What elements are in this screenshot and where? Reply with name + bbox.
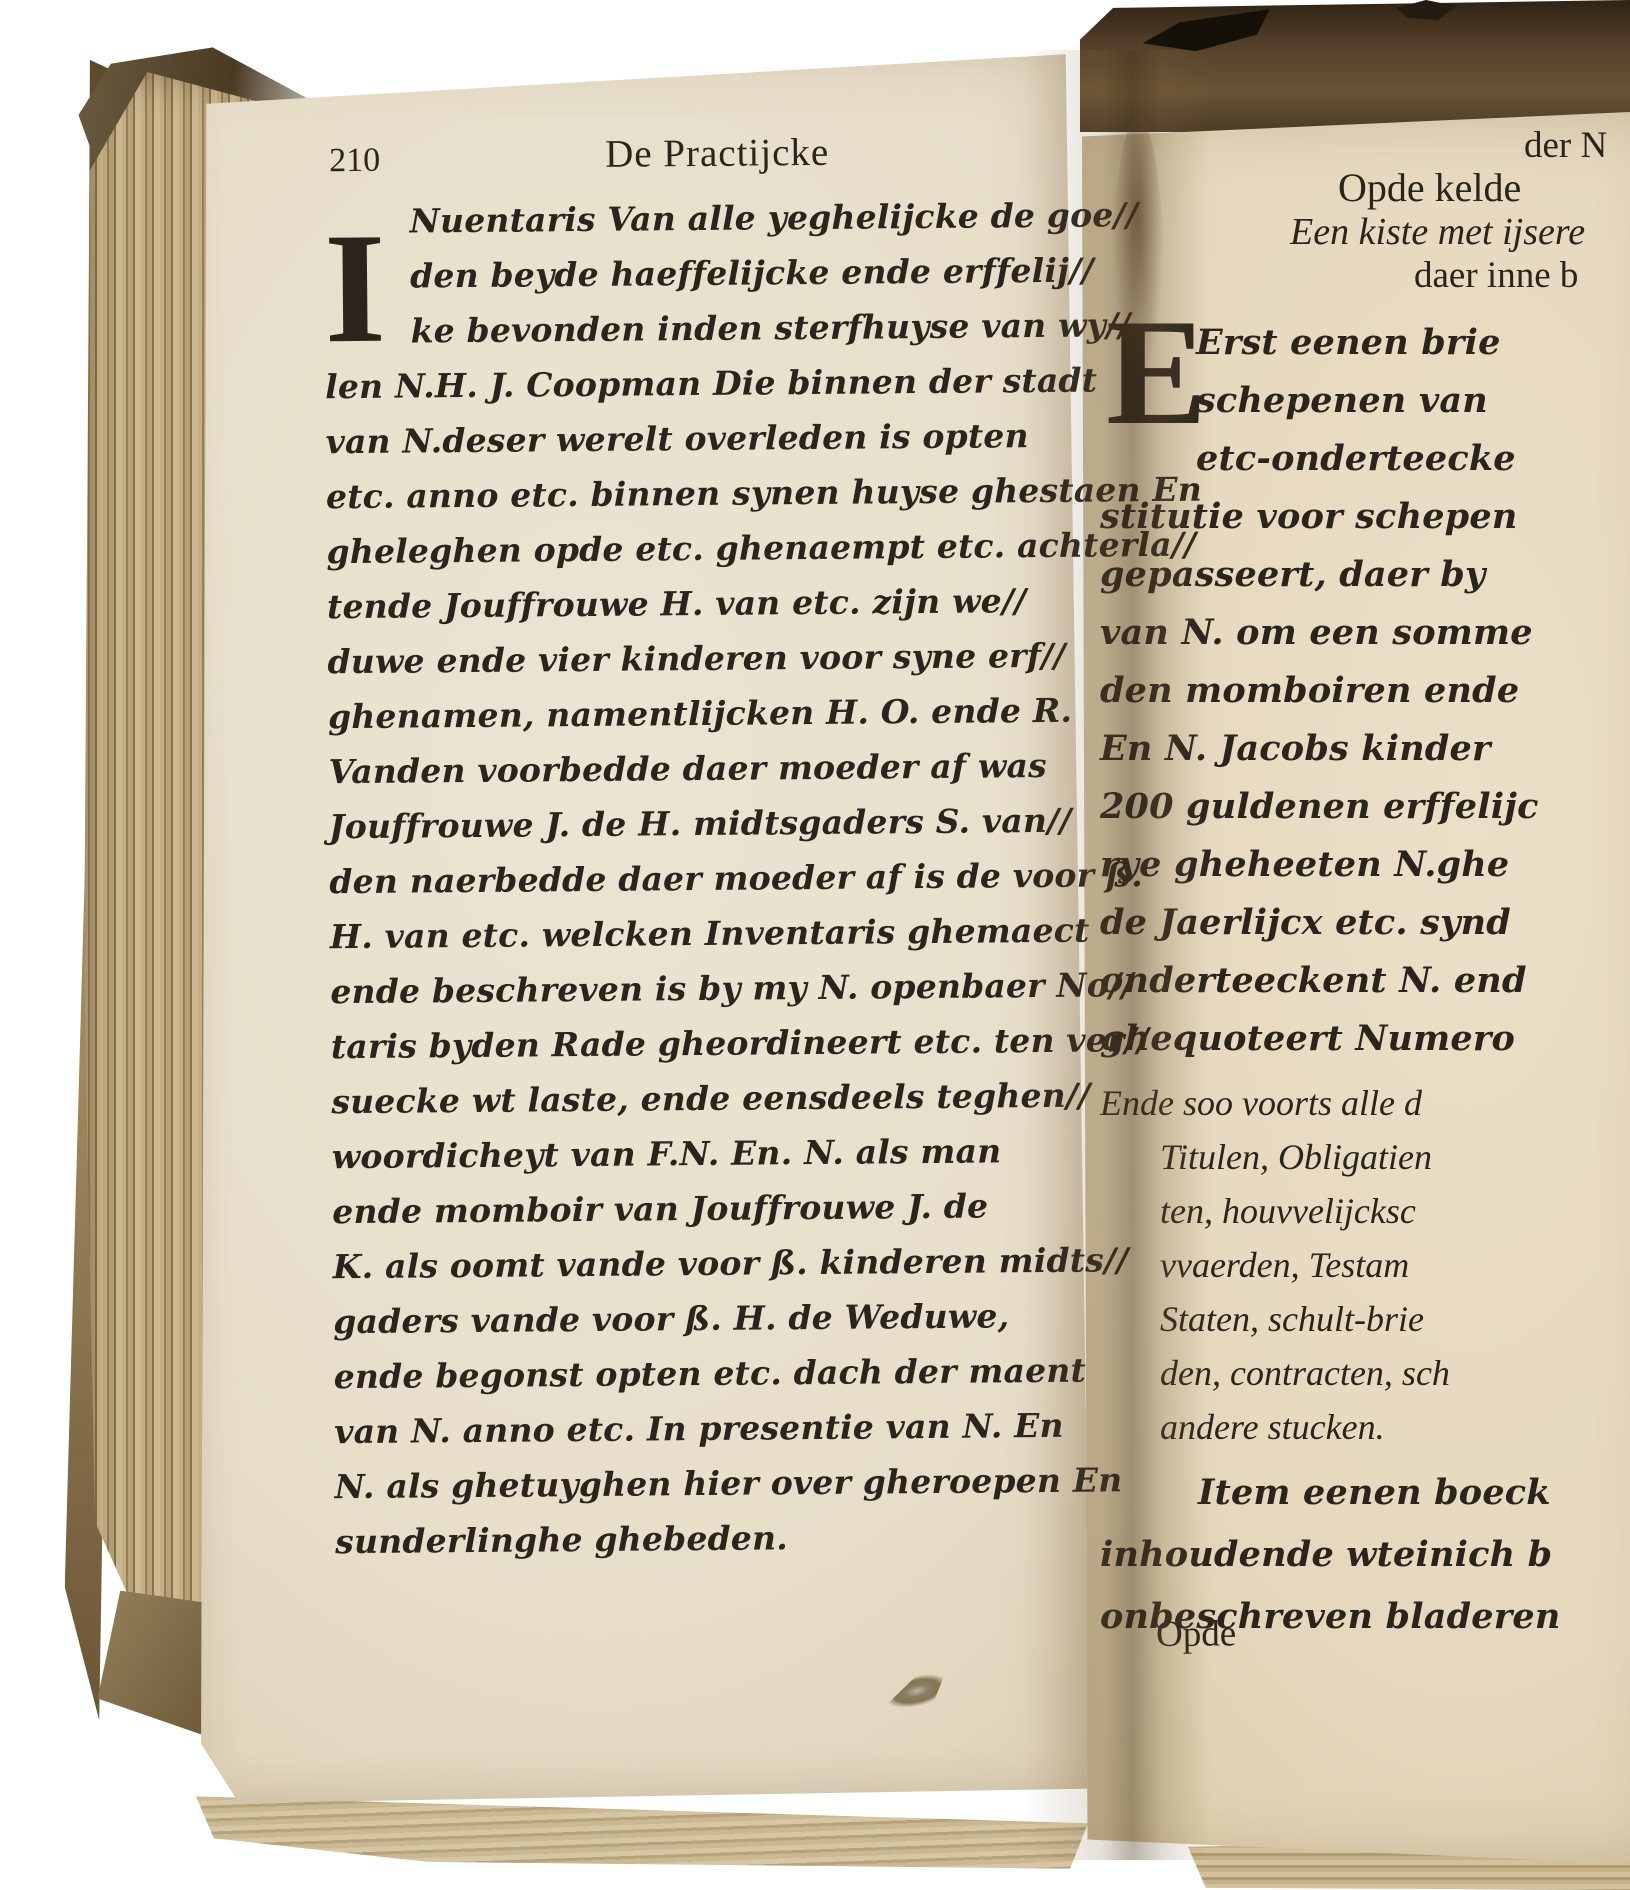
- text-line: taris byden Rade gheordineert etc. ten v…: [331, 1021, 1043, 1082]
- page-number: 210: [329, 142, 380, 180]
- text-line: onbeschreven bladeren: [1100, 1596, 1630, 1658]
- text-line: ghequoteert Numero: [1100, 1018, 1630, 1076]
- text-line: den beyde haeffelijcke ende erffelij//: [324, 251, 1036, 312]
- text-line: woordicheyt van F.N. En. N. als man: [332, 1131, 1044, 1192]
- text-line: schepenen van: [1100, 380, 1630, 438]
- text-line: En N. Jacobs kinder: [1100, 728, 1630, 786]
- text-line: onderteeckent N. end: [1100, 960, 1630, 1018]
- text-line: ghenamen, namentlijcken H. O. ende R.: [328, 691, 1040, 752]
- text-line: etc. anno etc. binnen synen huyse ghesta…: [326, 471, 1038, 532]
- text-line: K. als oomt vande voor ß. kinderen midts…: [333, 1241, 1045, 1302]
- text-line: den momboiren ende: [1100, 670, 1630, 728]
- text-line: den naerbedde daer moeder af is de voor …: [329, 856, 1041, 917]
- body-text-block: Item eenen boeckinhoudende wteinich bonb…: [1100, 1472, 1630, 1658]
- text-line: Nuentaris Van alle yeghelijcke de goe//: [323, 196, 1035, 257]
- text-line: Erst eenen brie: [1100, 322, 1630, 380]
- text-line: H. van etc. welcken Inventaris ghemaect: [330, 911, 1042, 972]
- italic-heading-fragment: Een kiste met ijsere: [1290, 210, 1585, 254]
- body-text-block: Nuentaris Van alle yeghelijcke de goe//d…: [323, 196, 1047, 1577]
- text-line: len N.H. J. Coopman Die binnen der stadt: [325, 361, 1037, 422]
- text-line: sunderlinghe ghebeden.: [335, 1516, 1047, 1577]
- text-line: Vanden voorbedde daer moeder af was: [328, 746, 1040, 807]
- text-line: duwe ende vier kinderen voor syne erf//: [327, 636, 1039, 697]
- section-heading-fragment: Opde kelde: [1338, 164, 1521, 211]
- text-line: vvaerden, Testam: [1100, 1244, 1630, 1298]
- text-line: den, contracten, sch: [1100, 1352, 1630, 1406]
- text-line: van N. om een somme: [1100, 612, 1630, 670]
- text-line: Jouffrouwe J. de H. midtsgaders S. van//: [329, 801, 1041, 862]
- text-line: Titulen, Obligatien: [1100, 1136, 1630, 1190]
- text-line: gheleghen opde etc. ghenaempt etc. achte…: [326, 526, 1038, 587]
- text-line: ke bevonden inden sterfhuyse van wy//: [324, 306, 1036, 367]
- text-line: suecke wt laste, ende eensdeels teghen//: [331, 1076, 1043, 1137]
- text-line: etc-onderteecke: [1100, 438, 1630, 496]
- book-photo: 210 De Practijcke I Nuentaris Van alle y…: [0, 0, 1630, 1890]
- text-line: Ende soo voorts alle d: [1100, 1082, 1630, 1136]
- text-line: van N.deser werelt overleden is opten: [325, 416, 1037, 477]
- text-line: gepasseert, daer by: [1100, 554, 1630, 612]
- text-line: tende Jouffrouwe H. van etc. zijn we//: [327, 581, 1039, 642]
- body-text-block: Erst eenen brieschepenen vanetc-ondertee…: [1100, 322, 1630, 1076]
- text-line: 200 guldenen erffelijc: [1100, 786, 1630, 844]
- text-line: Item eenen boeck: [1100, 1472, 1630, 1534]
- text-line: de Jaerlijcx etc. synd: [1100, 902, 1630, 960]
- text-line: stitutie voor schepen: [1100, 496, 1630, 554]
- running-header: De Practijcke: [605, 130, 830, 177]
- running-header-fragment: der N: [1524, 124, 1607, 167]
- text-line: N. als ghetuyghen hier over gheroepen En: [335, 1461, 1047, 1522]
- text-line: ten, houvvelijcksc: [1100, 1190, 1630, 1244]
- text-line: Staten, schult-brie: [1100, 1298, 1630, 1352]
- text-line: inhoudende wteinich b: [1100, 1534, 1630, 1596]
- text-line: andere stucken.: [1100, 1406, 1630, 1460]
- subheading-fragment: daer inne b: [1414, 254, 1578, 297]
- text-line: rye gheheeten N.ghe: [1100, 844, 1630, 902]
- text-line: gaders vande voor ß. H. de Weduwe,: [333, 1296, 1045, 1357]
- text-line: ende begonst opten etc. dach der maent: [334, 1351, 1046, 1412]
- text-line: ende beschreven is by my N. openbaer No/…: [330, 966, 1042, 1027]
- text-line: ende momboir van Jouffrouwe J. de: [332, 1186, 1044, 1247]
- italic-text-block: Ende soo voorts alle dTitulen, Obligatie…: [1100, 1082, 1630, 1460]
- text-line: van N. anno etc. In presentie van N. En: [334, 1406, 1046, 1467]
